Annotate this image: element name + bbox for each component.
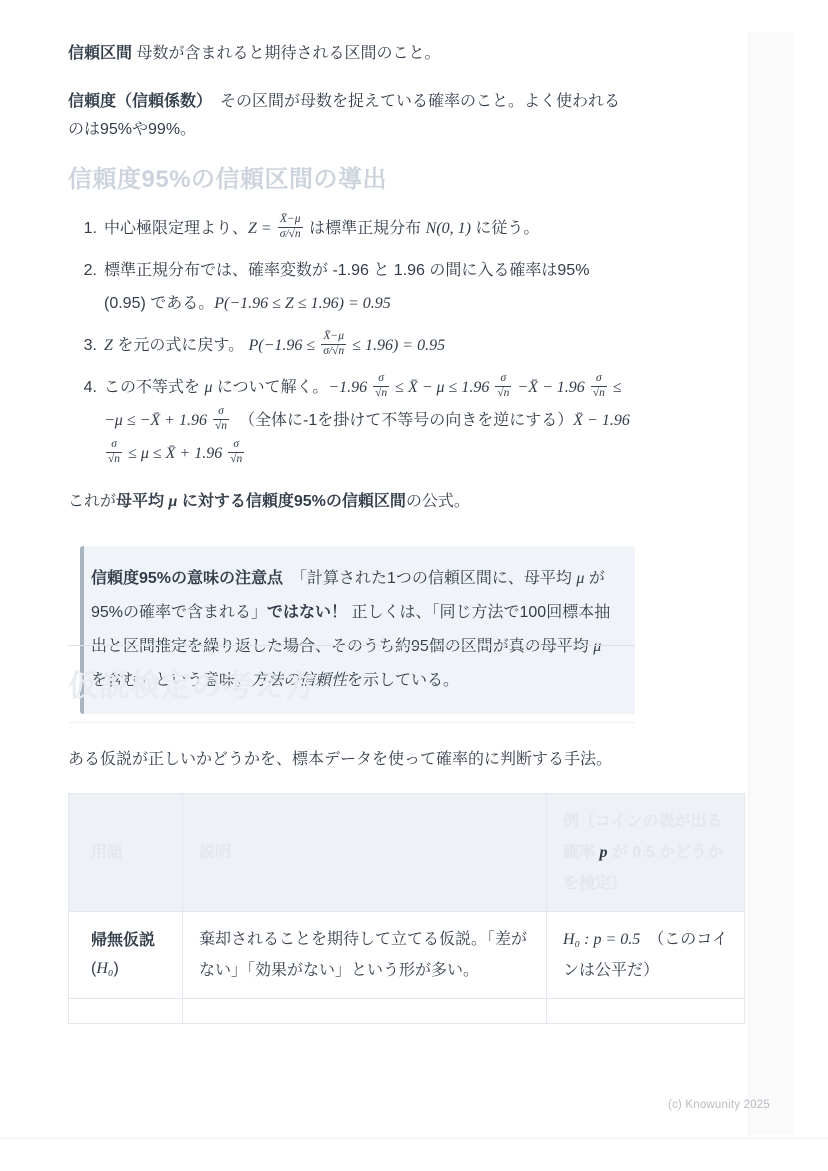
derivation-list: 1.中心極限定理より、Z = X̄−μσ/√n は標準正規分布 N(0, 1) … [68,212,635,470]
text-run: 帰無仮説 [91,932,155,949]
table-cell: H₀ : p = 0.5 （このコインは公平だ） [547,912,745,999]
list-item-text: 標準正規分布では、確率変数が -1.96 と 1.96 の間に入る確率は95% … [104,254,635,320]
text-run: この不等式を [104,379,204,396]
text-run: N(0, 1) [426,220,471,237]
text-run: ) [113,960,118,977]
math-fraction: σ√n [106,438,122,467]
list-number: 4. [68,371,104,470]
column-header: 説明 [183,794,547,912]
text-run: 用語 [91,844,123,861]
text-run: −X̄ − 1.96 [513,379,588,396]
table-row [69,999,745,1024]
text-run: について解く。 [212,379,328,396]
text-run: Z [104,337,113,354]
definition-confidence-interval: 信頼区間 母数が含まれると期待される区間のこと。 [68,40,635,68]
table-header-row: 用語説明例（コインの表が出る確率 p が 0.5 かどうかを検定） [69,794,745,912]
math-fraction: σ√n [591,372,607,401]
text-run: P(−1.96 ≤ [249,337,320,354]
text-run: μ [593,638,601,655]
table-cell: 帰無仮説(H₀) [69,912,183,999]
table-row: 帰無仮説(H₀)棄却されることを期待して立てる仮説。「差がない」「効果がない」と… [69,912,745,999]
list-item-text: 中心極限定理より、Z = X̄−μσ/√n は標準正規分布 N(0, 1) に従… [104,212,539,245]
document-page: 信頼区間 母数が含まれると期待される区間のこと。 信頼度（信頼係数） その区間が… [68,40,635,714]
text-run: 説明 [199,844,231,861]
text-run: に従う。 [471,220,539,237]
hypothesis-section: 仮説検定の考え方 ある仮説が正しいかどうかを、標本データを使って確率的に判断する… [68,666,635,1024]
copyright-watermark: (c) Knowunity 2025 [668,1099,770,1111]
math-fraction: X̄−μσ/√n [321,330,346,359]
column-header: 用語 [69,794,183,912]
text-run: は標準正規分布 [305,220,426,237]
text-run: ≤ 1.96) = 0.95 [348,337,445,354]
table-cell: 棄却されることを期待して立てる仮説。「差がない」「効果がない」という形が多い。 [183,912,547,999]
table-cell [547,999,745,1024]
text-run: 棄却されることを期待して立てる仮説。「差がない」「効果がない」という形が多い。 [199,931,527,979]
text-run: の公式。 [406,493,470,510]
derivation-step: 2.標準正規分布では、確率変数が -1.96 と 1.96 の間に入る確率は95… [68,254,635,320]
text-run: X̄ − 1.96 [573,412,630,429]
text-run: ではない！ [267,604,347,621]
page-bottom-cutoff [0,1138,828,1171]
text-run: ≤ μ ≤ X̄ + 1.96 [124,445,226,462]
page-edge-shade [748,32,793,1135]
column-header: 例（コインの表が出る確率 p が 0.5 かどうかを検定） [547,794,745,912]
text-run: 中心極限定理より、 [104,220,248,237]
math-fraction: σ√n [213,405,229,434]
list-number: 1. [68,212,104,245]
text-run: に対する信頼度95%の信頼区間 [177,493,405,510]
text-run: 信頼度95%の意味の注意点 [91,570,283,587]
table-cell [183,999,547,1024]
definition-confidence-level: 信頼度（信頼係数） その区間が母数を捉えている確率のこと。よく使われるのは95%… [68,88,635,144]
math-fraction: σ√n [373,372,389,401]
derivation-step: 3.Z を元の式に戻す。 P(−1.96 ≤ X̄−μσ/√n ≤ 1.96) … [68,329,635,362]
list-number: 2. [68,254,104,320]
section-heading-hypothesis: 仮説検定の考え方 [68,666,635,723]
text-run: H₀ : p = 0.5 [563,931,640,948]
conclusion-paragraph: これが母平均 μ に対する信頼度95%の信頼区間の公式。 [68,488,635,516]
list-number: 3. [68,329,104,362]
hypothesis-table: 用語説明例（コインの表が出る確率 p が 0.5 かどうかを検定） 帰無仮説(H… [68,793,745,1024]
section-divider [68,645,635,646]
table-cell [69,999,183,1024]
text-run: H₀ [96,960,113,977]
section-heading-derivation: 信頼度95%の信頼区間の導出 [68,164,635,196]
text-run: −1.96 [328,379,371,396]
text-run: を元の式に戻す。 [113,337,249,354]
math-fraction: X̄−μσ/√n [278,213,303,242]
table-body: 帰無仮説(H₀)棄却されることを期待して立てる仮説。「差がない」「効果がない」と… [69,912,745,1024]
text-run: P(−1.96 ≤ Z ≤ 1.96) = 0.95 [214,295,390,312]
derivation-step: 4.この不等式を μ について解く。−1.96 σ√n ≤ X̄ − μ ≤ 1… [68,371,635,470]
text-run: 母数が含まれると期待される区間のこと。 [132,45,440,62]
text-run: 信頼区間 [68,45,132,62]
text-run: （全体に-1を掛けて不等号の向きを逆にする） [231,412,573,429]
list-item-text: Z を元の式に戻す。 P(−1.96 ≤ X̄−μσ/√n ≤ 1.96) = … [104,329,445,362]
text-run: これが [68,493,116,510]
text-run: 信頼度（信頼係数） [68,93,204,110]
text-run: Z = [248,220,276,237]
text-run: 母平均 [116,493,168,510]
math-fraction: σ√n [228,438,244,467]
hypothesis-intro: ある仮説が正しいかどうかを、標本データを使って確率的に判断する手法。 [68,747,635,773]
text-run: ≤ X̄ − μ ≤ 1.96 [391,379,493,396]
math-fraction: σ√n [495,372,511,401]
text-run: 「計算された1つの信頼区間に、母平均 [283,570,576,587]
derivation-step: 1.中心極限定理より、Z = X̄−μσ/√n は標準正規分布 N(0, 1) … [68,212,635,245]
list-item-text: この不等式を μ について解く。−1.96 σ√n ≤ X̄ − μ ≤ 1.9… [104,371,635,470]
